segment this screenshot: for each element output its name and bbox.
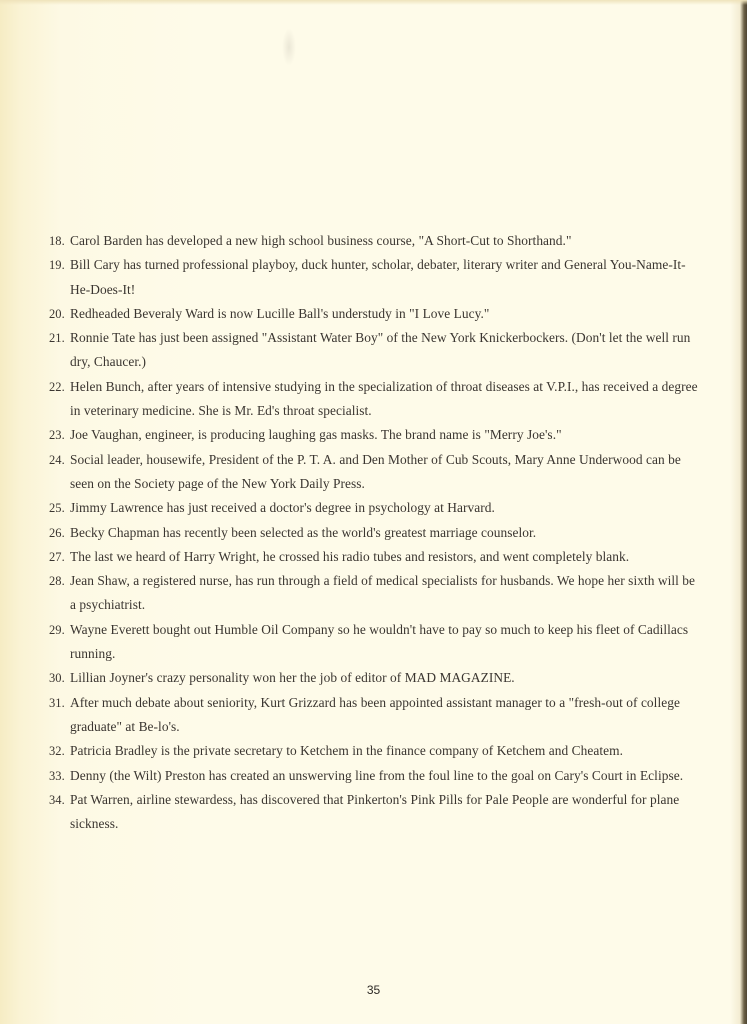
item-number: 27. (49, 545, 69, 569)
list-item: 29.Wayne Everett bought out Humble Oil C… (0, 618, 700, 667)
list-item: 25.Jimmy Lawrence has just received a do… (0, 496, 700, 520)
item-text: Jean Shaw, a registered nurse, has run t… (70, 573, 695, 612)
item-number: 30. (49, 666, 69, 690)
item-number: 23. (49, 423, 69, 447)
list-item: 18.Carol Barden has developed a new high… (0, 229, 700, 253)
list-item: 33.Denny (the Wilt) Preston has created … (0, 764, 700, 788)
list-item: 20.Redheaded Beveraly Ward is now Lucill… (0, 302, 700, 326)
item-text: Redheaded Beveraly Ward is now Lucille B… (70, 306, 489, 321)
item-text: Jimmy Lawrence has just received a docto… (70, 500, 495, 515)
list-item: 21.Ronnie Tate has just been assigned "A… (0, 326, 700, 375)
list-item: 34.Pat Warren, airline stewardess, has d… (0, 788, 700, 837)
item-number: 29. (49, 618, 69, 642)
item-number: 21. (49, 326, 69, 350)
item-text: Becky Chapman has recently been selected… (70, 525, 536, 540)
list-item: 27.The last we heard of Harry Wright, he… (0, 545, 700, 569)
list-item: 31.After much debate about seniority, Ku… (0, 691, 700, 740)
item-number: 24. (49, 448, 69, 472)
item-text: Denny (the Wilt) Preston has created an … (70, 768, 683, 783)
paper-smudge (282, 28, 296, 66)
list-item: 28.Jean Shaw, a registered nurse, has ru… (0, 569, 700, 618)
item-text: Bill Cary has turned professional playbo… (70, 257, 686, 296)
item-number: 26. (49, 521, 69, 545)
item-text: The last we heard of Harry Wright, he cr… (70, 549, 629, 564)
list-item: 24.Social leader, housewife, President o… (0, 448, 700, 497)
item-text: Wayne Everett bought out Humble Oil Comp… (70, 622, 688, 661)
list-item: 22.Helen Bunch, after years of intensive… (0, 375, 700, 424)
item-number: 34. (49, 788, 69, 812)
item-number: 22. (49, 375, 69, 399)
item-text: Lillian Joyner's crazy personality won h… (70, 670, 515, 685)
item-text: Social leader, housewife, President of t… (70, 452, 681, 491)
item-text: Pat Warren, airline stewardess, has disc… (70, 792, 679, 831)
list-item: 32.Patricia Bradley is the private secre… (0, 739, 700, 763)
item-number: 28. (49, 569, 69, 593)
list-item: 19.Bill Cary has turned professional pla… (0, 253, 700, 302)
item-number: 19. (49, 253, 69, 277)
item-number: 18. (49, 229, 69, 253)
item-text: Patricia Bradley is the private secretar… (70, 743, 623, 758)
prophecy-list: 18.Carol Barden has developed a new high… (0, 229, 747, 836)
item-text: Ronnie Tate has just been assigned "Assi… (70, 330, 690, 369)
item-number: 25. (49, 496, 69, 520)
item-text: Carol Barden has developed a new high sc… (70, 233, 571, 248)
item-number: 33. (49, 764, 69, 788)
page-number: 35 (0, 983, 747, 997)
list-item: 26.Becky Chapman has recently been selec… (0, 521, 700, 545)
item-number: 32. (49, 739, 69, 763)
item-number: 20. (49, 302, 69, 326)
page-top-edge (0, 0, 747, 5)
list-item: 23.Joe Vaughan, engineer, is producing l… (0, 423, 700, 447)
item-text: Helen Bunch, after years of intensive st… (70, 379, 698, 418)
item-text: Joe Vaughan, engineer, is producing laug… (70, 427, 562, 442)
item-number: 31. (49, 691, 69, 715)
item-text: After much debate about seniority, Kurt … (70, 695, 680, 734)
list-item: 30.Lillian Joyner's crazy personality wo… (0, 666, 700, 690)
